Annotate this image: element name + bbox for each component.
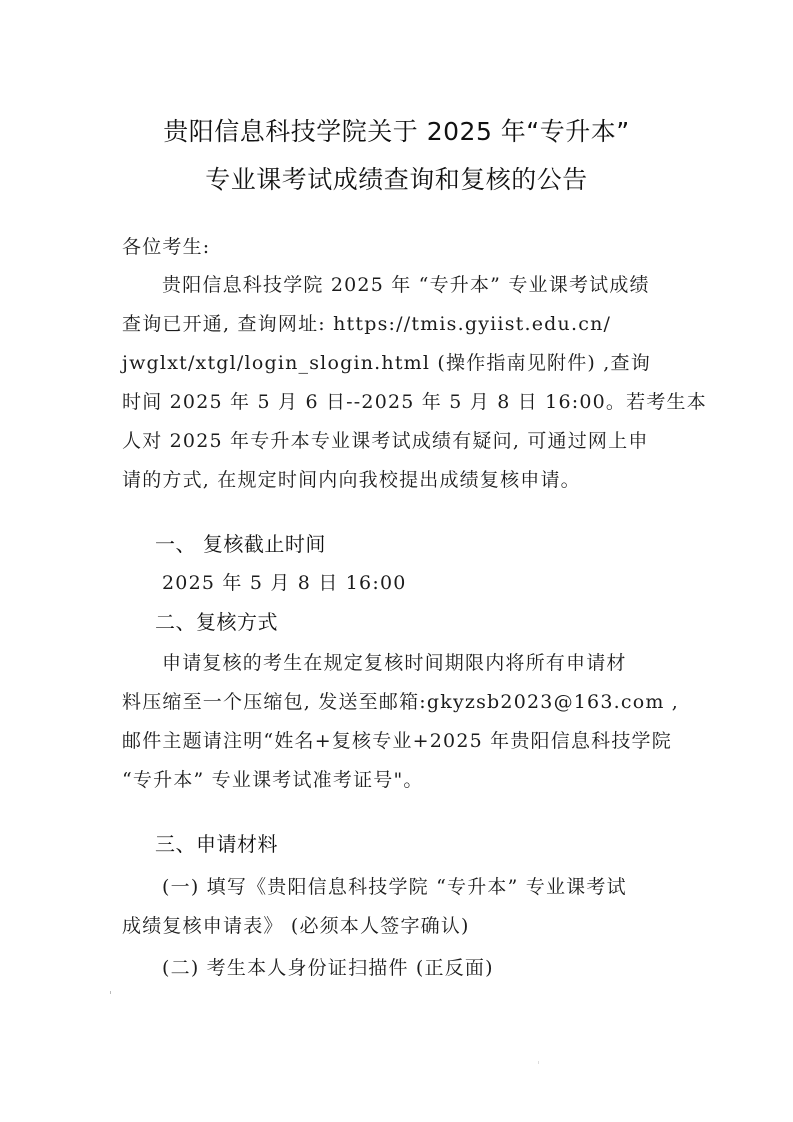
intro-line-1: 贵阳信息科技学院 2025 年 “专升本” 专业课考试成绩 bbox=[162, 270, 650, 297]
section-materials-item-1-line-1: (一) 填写《贵阳信息科技学院 “专升本” 专业课考试 bbox=[162, 872, 627, 899]
salutation: 各位考生: bbox=[122, 232, 210, 259]
section-heading-materials: 三、申请材料 bbox=[155, 828, 278, 857]
section-method-line-3: 邮件主题请注明“姓名+复核专业+2025 年贵阳信息科技学院 bbox=[122, 726, 672, 753]
intro-line-2: 查询已开通, 查询网址: https://tmis.gyiist.edu.cn/ bbox=[122, 309, 611, 336]
section-method-line-4: “专升本” 专业课考试准考证号"。 bbox=[122, 765, 424, 792]
section-materials-item-1-line-2: 成绩复核申请表》 (必须本人签字确认) bbox=[122, 911, 470, 938]
document-title-line-2: 专业课考试成绩查询和复核的公告 bbox=[0, 160, 793, 196]
section-heading-method: 二、复核方式 bbox=[155, 606, 278, 635]
document-title-line-1: 贵阳信息科技学院关于 2025 年“专升本” bbox=[0, 112, 793, 148]
section-materials-item-2: (二) 考生本人身份证扫描件 (正反面) bbox=[162, 953, 494, 980]
document-page: 贵阳信息科技学院关于 2025 年“专升本” 专业课考试成绩查询和复核的公告 各… bbox=[0, 0, 793, 1122]
intro-line-6: 请的方式, 在规定时间内向我校提出成绩复核申请。 bbox=[122, 465, 581, 492]
intro-line-4: 时间 2025 年 5 月 6 日--2025 年 5 月 8 日 16:00。… bbox=[122, 387, 707, 414]
section-method-line-1: 申请复核的考生在规定复核时间期限内将所有申请材 bbox=[162, 648, 627, 675]
intro-line-3: jwglxt/xtgl/login_slogin.html (操作指南见附件) … bbox=[122, 348, 651, 375]
section-heading-deadline: 一、 复核截止时间 bbox=[155, 528, 326, 557]
section-deadline-value: 2025 年 5 月 8 日 16:00 bbox=[162, 568, 407, 595]
section-method-line-2: 料压缩至一个压缩包, 发送至邮箱:gkyzsb2023@163.com , bbox=[122, 687, 679, 714]
intro-line-5: 人对 2025 年专升本专业课考试成绩有疑问, 可通过网上申 bbox=[122, 426, 649, 453]
scan-speck bbox=[110, 991, 111, 994]
scan-speck bbox=[538, 1061, 539, 1064]
